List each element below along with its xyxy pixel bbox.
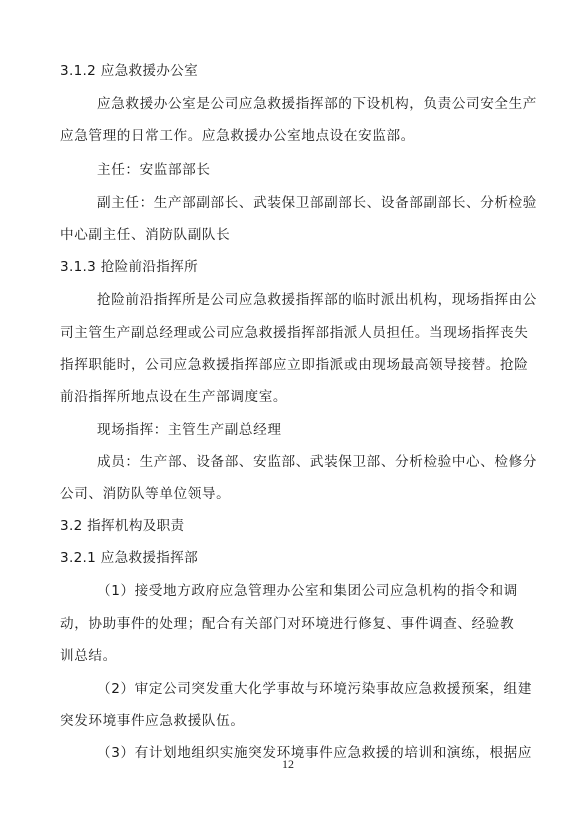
document-page: 3.1.2 应急救援办公室 应急救援办公室是公司应急救援指挥部的下设机构，负责公… — [0, 0, 576, 822]
deputy-director-line: 副主任：生产部副部长、武装保卫部副部长、设备部副部长、分析检验 — [97, 194, 532, 212]
section-heading-3-1-3: 3.1.3 抢险前沿指挥所 — [60, 258, 532, 276]
paragraph-line: 中心副主任、消防队副队长 — [60, 226, 532, 244]
paragraph-line: 司主管生产副总经理或公司应急救援指挥部指派人员担任。当现场指挥丧失 — [60, 324, 532, 342]
paragraph-line: 指挥职能时，公司应急救援指挥部应立即指派或由现场最高领导接替。抢险 — [60, 356, 532, 374]
field-commander-line: 现场指挥：主管生产副总经理 — [97, 421, 532, 439]
paragraph-line: 应急救援办公室是公司应急救援指挥部的下设机构，负责公司安全生产 — [97, 95, 532, 113]
page-number: 12 — [0, 757, 576, 772]
section-heading-3-2-1: 3.2.1 应急救援指挥部 — [60, 549, 532, 567]
list-item-2: （2）审定公司突发重大化学事故与环境污染事故应急救援预案，组建 — [97, 680, 532, 698]
paragraph-line: 动，协助事件的处理；配合有关部门对环境进行修复、事件调查、经验教 — [60, 615, 532, 633]
list-item-1: （1）接受地方政府应急管理办公室和集团公司应急机构的指令和调 — [97, 582, 532, 600]
paragraph-line: 应急管理的日常工作。应急救援办公室地点设在安监部。 — [60, 127, 532, 145]
paragraph-line: 突发环境事件应急救援队伍。 — [60, 712, 532, 730]
section-heading-3-1-2: 3.1.2 应急救援办公室 — [60, 62, 532, 80]
paragraph-line: 公司、消防队等单位领导。 — [60, 485, 532, 503]
section-heading-3-2: 3.2 指挥机构及职责 — [60, 517, 532, 535]
paragraph-line: 前沿指挥所地点设在生产部调度室。 — [60, 388, 532, 406]
paragraph-line: 抢险前沿指挥所是公司应急救援指挥部的临时派出机构，现场指挥由公 — [97, 291, 532, 309]
members-line: 成员：生产部、设备部、安监部、武装保卫部、分析检验中心、检修分 — [97, 453, 532, 471]
paragraph-line: 训总结。 — [60, 647, 532, 665]
director-line: 主任：安监部部长 — [97, 161, 532, 179]
